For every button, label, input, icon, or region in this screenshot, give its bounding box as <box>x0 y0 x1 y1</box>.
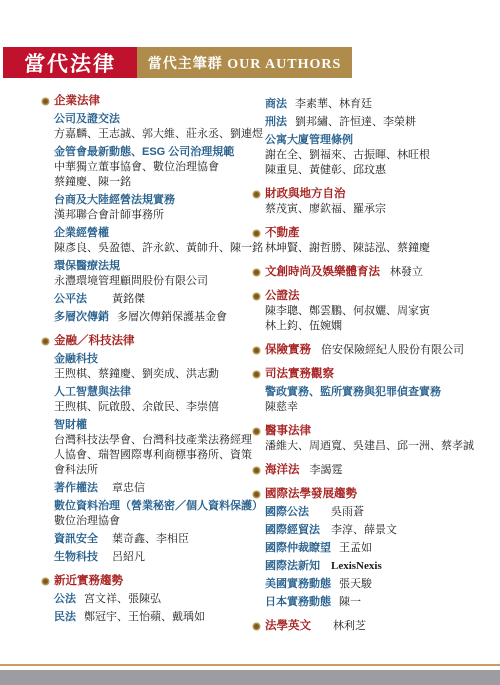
section-title: 醫事法律 <box>265 425 311 437</box>
author-names: 王孟如 <box>339 542 372 554</box>
author-names: LexisNexis <box>331 560 382 572</box>
footer-gold-rule <box>0 664 500 666</box>
magazine-logo-text: 當代法律 <box>23 48 117 78</box>
author-names: 李素華、林育廷 <box>295 98 372 110</box>
section-bullet-icon <box>254 231 259 236</box>
authors-line: 數位治理協會 <box>42 514 256 529</box>
authors-line: 陳慈幸 <box>253 400 499 415</box>
section-bullet-icon <box>254 468 259 473</box>
section-heading-line: 不動產 <box>253 226 499 241</box>
author-names: 台灣科技法學會、台灣科技產業法務經理 <box>54 434 252 446</box>
section-heading-line: 公證法 <box>253 289 499 304</box>
authors-line: 王煦棋、蔡鐘慶、劉奕成、洪志勳 <box>42 367 256 382</box>
author-names: 中華獨立董事協會、數位治理協會 <box>54 161 219 173</box>
topic-line: 著作權法章忠信 <box>42 481 256 496</box>
topic-label: 日本實務動態 <box>265 595 331 610</box>
authors-line: 中華獨立董事協會、數位治理協會 <box>42 160 256 175</box>
topic-line: 智財權 <box>42 418 256 433</box>
section-heading-line: 新近實務趨勢 <box>42 574 256 589</box>
authors-banner-title: 當代主筆群 OUR AUTHORS <box>148 53 342 73</box>
topic-line: 公平法黃銘傑 <box>42 292 256 307</box>
topic-line: 公寓大廈管理條例 <box>253 133 499 148</box>
author-names: 宮文祥、張陳弘 <box>84 593 161 605</box>
topic-label: 生物科技 <box>54 550 104 565</box>
authors-line: 謝在全、劉福來、古振暉、林旺根 <box>253 148 499 163</box>
section-title: 文創時尚及娛樂體育法 <box>265 266 380 278</box>
section-title: 司法實務觀察 <box>265 368 334 380</box>
topic-line: 商法李素華、林育廷 <box>253 97 499 112</box>
author-names: 陳重見、黃健彰、邱玟惠 <box>265 164 386 176</box>
author-names: 鄭冠宇、王怡蘋、戴瑀如 <box>84 611 205 623</box>
section-bullet-icon <box>43 339 48 344</box>
topic-label: 人工智慧與法律 <box>54 386 131 398</box>
topic-line: 環保醫療法規 <box>42 259 256 274</box>
author-names: 陳一 <box>339 596 361 608</box>
authors-line: 人協會、瑞智國際專利商標事務所、資策 <box>42 448 256 463</box>
topic-line: 金管會最新動態、ESG 公司治理規範 <box>42 145 256 160</box>
topic-label: 公司及證交法 <box>54 113 120 125</box>
author-names: 方嘉麟、王志誠、郭大維、莊永丞、劉連煜 <box>54 128 263 140</box>
authors-line: 永灃環境管理顧問股份有限公司 <box>42 274 256 289</box>
author-names: 張天駿 <box>339 578 372 590</box>
topic-label: 國際法新知 <box>265 559 323 574</box>
topic-line: 企業經營權 <box>42 226 256 241</box>
section-heading-line: 司法實務觀察 <box>253 367 499 382</box>
section-title: 公證法 <box>265 290 300 302</box>
authors-line: 潘維大、周迺寬、吳建昌、邱一洲、蔡孝誠 <box>253 439 499 454</box>
topic-label: 公寓大廈管理條例 <box>265 134 353 146</box>
author-names: 蔡鐘慶、陳一銘 <box>54 176 131 188</box>
author-names: 潘維大、周迺寬、吳建昌、邱一洲、蔡孝誠 <box>265 440 474 452</box>
author-names: 吳雨蒼 <box>331 506 364 518</box>
topic-label: 台商及大陸經營法規實務 <box>54 194 175 206</box>
author-names: 呂紹凡 <box>112 551 145 563</box>
section-title: 國際法學發展趨勢 <box>265 488 357 500</box>
authors-column-left: 企業法律公司及證交法方嘉麟、王志誠、郭大維、莊永丞、劉連煜金管會最新動態、ESG… <box>42 94 256 625</box>
author-names: 多層次傳銷保護基金會 <box>117 311 227 323</box>
topic-label: 公平法 <box>54 292 104 307</box>
section-heading-line: 文創時尚及娛樂體育法林發立 <box>253 265 499 280</box>
topic-label: 國際公法 <box>265 505 323 520</box>
authors-line: 林上鈞、伍婉嫻 <box>253 319 499 334</box>
author-names: 林坤賢、謝哲勝、陳誌泓、蔡鐘慶 <box>265 242 430 254</box>
topic-line: 美國實務動態張天駿 <box>253 577 499 592</box>
section-heading-line: 財政與地方自治 <box>253 187 499 202</box>
topic-line: 警政實務、監所實務與犯罪偵查實務 <box>253 385 499 400</box>
section-heading-line: 國際法學發展趨勢 <box>253 487 499 502</box>
topic-label: 企業經營權 <box>54 227 109 239</box>
topic-line: 日本實務動態陳一 <box>253 595 499 610</box>
section-title: 不動產 <box>265 227 300 239</box>
author-names: 王煦棋、阮啟殷、余啟民、李崇僖 <box>54 401 219 413</box>
author-names: 王煦棋、蔡鐘慶、劉奕成、洪志勳 <box>54 368 219 380</box>
section-bullet-icon <box>254 429 259 434</box>
author-names: 林發立 <box>390 266 423 278</box>
topic-line: 國際公法吳雨蒼 <box>253 505 499 520</box>
topic-label: 金融科技 <box>54 353 98 365</box>
author-names: 漢邦聯合會計師事務所 <box>54 209 164 221</box>
magazine-logo-block: 當代法律 <box>3 47 137 78</box>
authors-line: 陳彥良、吳盈德、許永欽、黃帥升、陳一銘 <box>42 241 256 256</box>
topic-line: 台商及大陸經營法規實務 <box>42 193 256 208</box>
authors-line: 蔡茂寅、廖欽福、羅承宗 <box>253 202 499 217</box>
topic-label: 環保醫療法規 <box>54 260 120 272</box>
author-names: 謝在全、劉福來、古振暉、林旺根 <box>265 149 430 161</box>
authors-line: 會科法所 <box>42 463 256 478</box>
topic-label: 資訊安全 <box>54 532 104 547</box>
authors-banner: 當代主筆群 OUR AUTHORS <box>137 47 352 78</box>
section-heading-line: 保險實務倍安保險經紀人股份有限公司 <box>253 343 499 358</box>
topic-label: 美國實務動態 <box>265 577 331 592</box>
section-heading-line: 企業法律 <box>42 94 256 109</box>
section-bullet-icon <box>254 270 259 275</box>
authors-line: 王煦棋、阮啟殷、余啟民、李崇僖 <box>42 400 256 415</box>
section-bullet-icon <box>254 372 259 377</box>
section-bullet-icon <box>254 294 259 299</box>
author-names: 黃銘傑 <box>112 293 145 305</box>
author-names: 章忠信 <box>112 482 145 494</box>
section-title: 法學英文 <box>265 619 323 634</box>
footer-gray-bar <box>0 670 500 685</box>
section-title: 海洋法 <box>265 464 300 476</box>
topic-line: 國際仲裁瞭望王孟如 <box>253 541 499 556</box>
author-names: 陳彥良、吳盈德、許永欽、黃帥升、陳一銘 <box>54 242 263 254</box>
authors-line: 陳李聰、鄭雲鵬、何叔孋、周家寅 <box>253 304 499 319</box>
topic-label: 國際經貿法 <box>265 523 323 538</box>
authors-line: 方嘉麟、王志誠、郭大維、莊永丞、劉連煜 <box>42 127 256 142</box>
authors-line: 台灣科技法學會、台灣科技產業法務經理 <box>42 433 256 448</box>
section-heading-line: 海洋法李謁霆 <box>253 463 499 478</box>
author-names: 李淳、薛景文 <box>331 524 397 536</box>
author-names: 陳慈幸 <box>265 401 298 413</box>
section-heading-line: 法學英文林利芝 <box>253 619 499 634</box>
topic-line: 資訊安全葉奇鑫、李相臣 <box>42 532 256 547</box>
authors-line: 漢邦聯合會計師事務所 <box>42 208 256 223</box>
section-bullet-icon <box>254 492 259 497</box>
topic-line: 數位資料治理（營業秘密／個人資料保護） <box>42 499 256 514</box>
topic-line: 人工智慧與法律 <box>42 385 256 400</box>
topic-label: 智財權 <box>54 419 87 431</box>
author-names: 人協會、瑞智國際專利商標事務所、資策 <box>54 449 252 461</box>
section-title: 新近實務趨勢 <box>54 575 123 587</box>
topic-label: 著作權法 <box>54 481 104 496</box>
author-names: 會科法所 <box>54 464 98 476</box>
topic-line: 金融科技 <box>42 352 256 367</box>
author-names: 葉奇鑫、李相臣 <box>112 533 189 545</box>
section-bullet-icon <box>254 192 259 197</box>
topic-line: 多層次傳銷多層次傳銷保護基金會 <box>42 310 256 325</box>
author-names: 數位治理協會 <box>54 515 120 527</box>
topic-line: 生物科技呂紹凡 <box>42 550 256 565</box>
topic-line: 公法宮文祥、張陳弘 <box>42 592 256 607</box>
section-title: 企業法律 <box>54 95 100 107</box>
section-bullet-icon <box>43 579 48 584</box>
author-names: 林上鈞、伍婉嫻 <box>265 320 342 332</box>
authors-column-right: 商法李素華、林育廷刑法劉邦繡、許恒達、李榮耕公寓大廈管理條例謝在全、劉福來、古振… <box>253 94 499 634</box>
author-names: 永灃環境管理顧問股份有限公司 <box>54 275 208 287</box>
topic-label: 公法 <box>54 593 76 605</box>
topic-label: 商法 <box>265 98 287 110</box>
author-names: 林利芝 <box>333 620 366 632</box>
topic-line: 國際經貿法李淳、薛景文 <box>253 523 499 538</box>
section-title: 財政與地方自治 <box>265 188 346 200</box>
authors-line: 陳重見、黃健彰、邱玟惠 <box>253 163 499 178</box>
section-title: 保險實務 <box>265 344 311 356</box>
author-names: 劉邦繡、許恒達、李榮耕 <box>295 116 416 128</box>
topic-label: 民法 <box>54 611 76 623</box>
topic-label: 警政實務、監所實務與犯罪偵查實務 <box>265 386 441 398</box>
section-bullet-icon <box>43 99 48 104</box>
topic-label: 多層次傳銷 <box>54 311 109 323</box>
section-heading-line: 醫事法律 <box>253 424 499 439</box>
magazine-authors-page: { "header": { "logo": "當代法律", "banner_ti… <box>0 0 500 685</box>
author-names: 李謁霆 <box>310 464 343 476</box>
topic-line: 刑法劉邦繡、許恒達、李榮耕 <box>253 115 499 130</box>
topic-label: 數位資料治理（營業秘密／個人資料保護） <box>54 500 263 512</box>
section-heading-line: 金融／科技法律 <box>42 334 256 349</box>
topic-label: 刑法 <box>265 116 287 128</box>
section-bullet-icon <box>254 348 259 353</box>
authors-line: 蔡鐘慶、陳一銘 <box>42 175 256 190</box>
author-names: 蔡茂寅、廖欽福、羅承宗 <box>265 203 386 215</box>
author-names: 倍安保險經紀人股份有限公司 <box>321 344 464 356</box>
topic-line: 公司及證交法 <box>42 112 256 127</box>
author-names: 陳李聰、鄭雲鵬、何叔孋、周家寅 <box>265 305 430 317</box>
topic-line: 民法鄭冠宇、王怡蘋、戴瑀如 <box>42 610 256 625</box>
section-title: 金融／科技法律 <box>54 335 135 347</box>
topic-line: 國際法新知LexisNexis <box>253 559 499 574</box>
section-bullet-icon <box>254 624 259 629</box>
topic-label: 國際仲裁瞭望 <box>265 541 331 556</box>
authors-line: 林坤賢、謝哲勝、陳誌泓、蔡鐘慶 <box>253 241 499 256</box>
topic-label: 金管會最新動態、ESG 公司治理規範 <box>54 146 234 158</box>
